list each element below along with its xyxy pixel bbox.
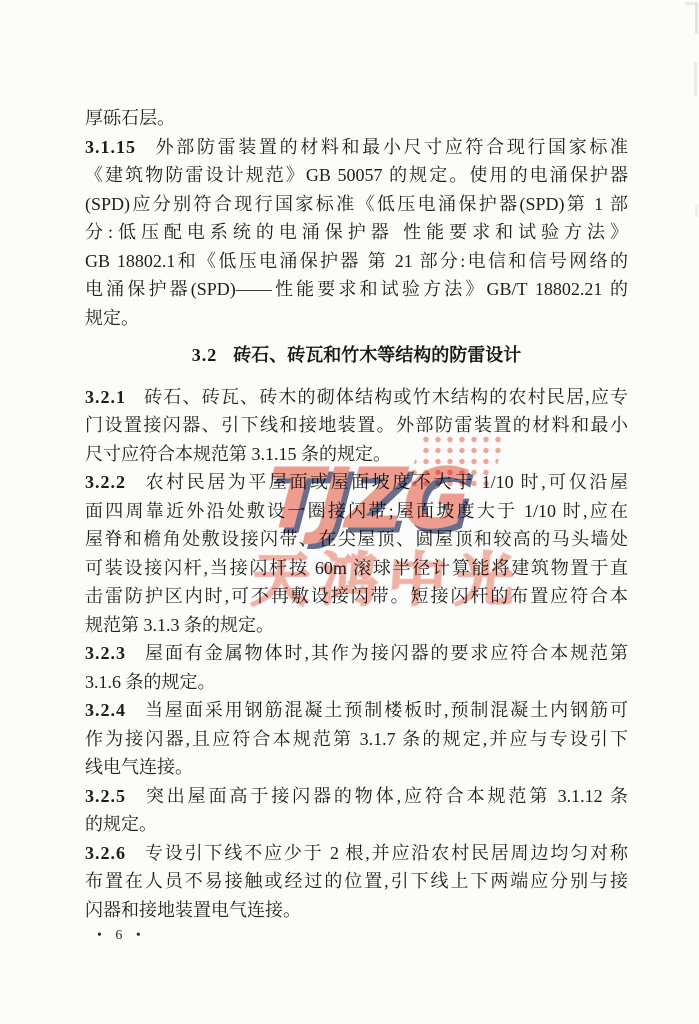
text-line: 3.2.5突出屋面高于接闪器的物体,应符合本规范第 3.1.12 条 — [85, 782, 628, 811]
clause-text: 突出屋面高于接闪器的物体,应符合本规范第 3.1.12 条 — [143, 786, 628, 806]
clause-number: 3.2.1 — [85, 387, 126, 407]
clause-text: 当屋面采用钢筋混凝土预制楼板时,预制混凝土内钢筋可 — [143, 700, 628, 720]
text-line: 屋脊和檐角处敷设接闪带、在尖屋顶、圆屋顶和较高的马头墙处 — [85, 525, 628, 554]
scan-edge-artifact — [695, 204, 698, 217]
section-heading: 3.2砖石、砖瓦和竹木等结构的防雷设计 — [85, 341, 628, 370]
clause-text: 屋面有金属物体时,其作为接闪器的要求应符合本规范第 — [143, 643, 628, 663]
text-line: 可装设接闪杆,当接闪杆按 60m 滚球半径计算能将建筑物置于直 — [85, 554, 628, 583]
text-line: 规定。 — [85, 304, 628, 333]
text-line: 3.2.1砖石、砖瓦、砖木的砌体结构或竹木结构的农村民居,应专 — [85, 383, 628, 412]
scanned-document-page: 厚砾石层。3.1.15外部防雷装置的材料和最小尺寸应符合现行国家标准《建筑物防雷… — [0, 0, 699, 1024]
scan-edge-artifact — [695, 2, 698, 34]
text-line: 3.2.6专设引下线不应少于 2 根,并应沿农村民居周边均匀对称 — [85, 839, 628, 868]
clause-number: 3.1.15 — [85, 137, 136, 157]
scan-edge-artifact — [685, 2, 695, 5]
scan-edge-artifact — [694, 62, 697, 96]
text-line: 布置在人员不易接触或经过的位置,引下线上下两端应分别与接 — [85, 867, 628, 896]
text-line: 闪器和接地装置电气连接。 — [85, 896, 628, 925]
section-number: 3.2 — [192, 345, 218, 365]
text-line: 面四周靠近外沿处敷设一圈接闪带;屋面坡度大于 1/10 时,应在 — [85, 497, 628, 526]
section-title: 砖石、砖瓦和竹木等结构的防雷设计 — [233, 345, 521, 365]
clause-number: 3.2.2 — [85, 472, 126, 492]
document-body: 厚砾石层。3.1.15外部防雷装置的材料和最小尺寸应符合现行国家标准《建筑物防雷… — [85, 104, 628, 924]
clause-number: 3.2.3 — [85, 643, 126, 663]
text-line: (SPD)应分别符合现行国家标准《低压电涌保护器(SPD)第 1 部 — [85, 190, 628, 219]
clause-text: 砖石、砖瓦、砖木的砌体结构或竹木结构的农村民居,应专 — [143, 387, 628, 407]
text-line: 线电气连接。 — [85, 753, 628, 782]
clause-text: 专设引下线不应少于 2 根,并应沿农村民居周边均匀对称 — [143, 843, 628, 863]
clause-text: 外部防雷装置的材料和最小尺寸应符合现行国家标准 — [153, 137, 628, 157]
text-line: 电涌保护器(SPD)——性能要求和试验方法》GB/T 18802.21 的 — [85, 275, 628, 304]
text-line: 的规定。 — [85, 810, 628, 839]
text-line: 3.1.6 条的规定。 — [85, 668, 628, 697]
text-line: 尺寸应符合本规范第 3.1.15 条的规定。 — [85, 440, 628, 469]
clause-number: 3.2.5 — [85, 786, 126, 806]
text-line: GB 18802.1和《低压电涌保护器 第 21 部分:电信和信号网络的 — [85, 247, 628, 276]
text-line: 3.2.2农村民居为平屋面或屋面坡度不大于 1/10 时,可仅沿屋 — [85, 468, 628, 497]
text-line: 3.2.3屋面有金属物体时,其作为接闪器的要求应符合本规范第 — [85, 639, 628, 668]
page-number: • 6 • — [97, 928, 146, 944]
text-line: 作为接闪器,且应符合本规范第 3.1.7 条的规定,并应与专设引下 — [85, 725, 628, 754]
clause-number: 3.2.6 — [85, 843, 126, 863]
text-line: 规范第 3.1.3 条的规定。 — [85, 611, 628, 640]
clause-text: 农村民居为平屋面或屋面坡度不大于 1/10 时,可仅沿屋 — [143, 472, 628, 492]
text-line: 击雷防护区内时,可不再敷设接闪带。短接闪杆的布置应符合本 — [85, 582, 628, 611]
text-line: 3.1.15外部防雷装置的材料和最小尺寸应符合现行国家标准 — [85, 133, 628, 162]
text-line: 分:低压配电系统的电涌保护器 性能要求和试验方法》 — [85, 218, 628, 247]
text-line: 《建筑物防雷设计规范》GB 50057 的规定。使用的电涌保护器 — [85, 161, 628, 190]
text-line: 门设置接闪器、引下线和接地装置。外部防雷装置的材料和最小 — [85, 411, 628, 440]
text-line: 厚砾石层。 — [85, 104, 628, 133]
text-line: 3.2.4当屋面采用钢筋混凝土预制楼板时,预制混凝土内钢筋可 — [85, 696, 628, 725]
clause-number: 3.2.4 — [85, 700, 126, 720]
